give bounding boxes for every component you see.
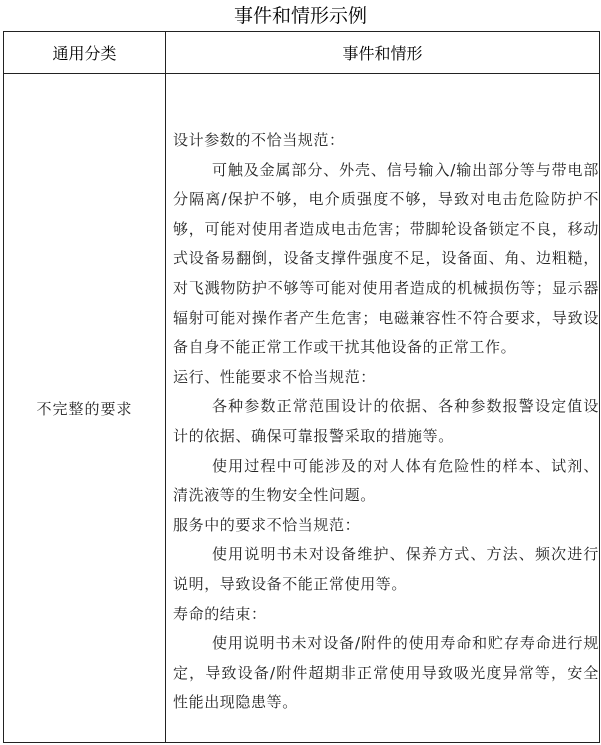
events-table: 通用分类 事件和情形 不完整的要求 设计参数的不恰当规范： 可触及金属部分、外壳… (3, 31, 600, 743)
section-heading-end-of-life: 寿命的结束： (173, 600, 599, 630)
section-heading-design-params: 设计参数的不恰当规范： (173, 126, 599, 156)
paragraph-performance-params: 各种参数正常范围设计的依据、各种参数报警设定值设计的依据、确保可靠报警采取的措施… (173, 392, 599, 451)
table-header-row: 通用分类 事件和情形 (4, 32, 600, 74)
document-title: 事件和情形示例 (0, 4, 601, 28)
paragraph-service: 使用说明书未对设备维护、保养方式、方法、频次进行说明，导致设备不能正常使用等。 (173, 540, 599, 599)
paragraph-end-of-life: 使用说明书未对设备/附件的使用寿命和贮存寿命进行规定，导致设备/附件超期非正常使… (173, 629, 599, 718)
column-header-events: 事件和情形 (166, 32, 600, 74)
events-content: 设计参数的不恰当规范： 可触及金属部分、外壳、信号输入/输出部分等与带电部分隔离… (173, 126, 599, 718)
column-header-category: 通用分类 (4, 32, 166, 74)
table-row: 不完整的要求 设计参数的不恰当规范： 可触及金属部分、外壳、信号输入/输出部分等… (4, 74, 600, 743)
events-cell: 设计参数的不恰当规范： 可触及金属部分、外壳、信号输入/输出部分等与带电部分隔离… (166, 74, 600, 743)
section-heading-performance: 运行、性能要求不恰当规范： (173, 363, 599, 393)
paragraph-design-params: 可触及金属部分、外壳、信号输入/输出部分等与带电部分隔离/保护不够，电介质强度不… (173, 156, 599, 363)
paragraph-biosafety: 使用过程中可能涉及的对人体有危险性的样本、试剂、清洗液等的生物安全性问题。 (173, 452, 599, 511)
category-cell: 不完整的要求 (4, 74, 166, 743)
section-heading-service: 服务中的要求不恰当规范： (173, 511, 599, 541)
